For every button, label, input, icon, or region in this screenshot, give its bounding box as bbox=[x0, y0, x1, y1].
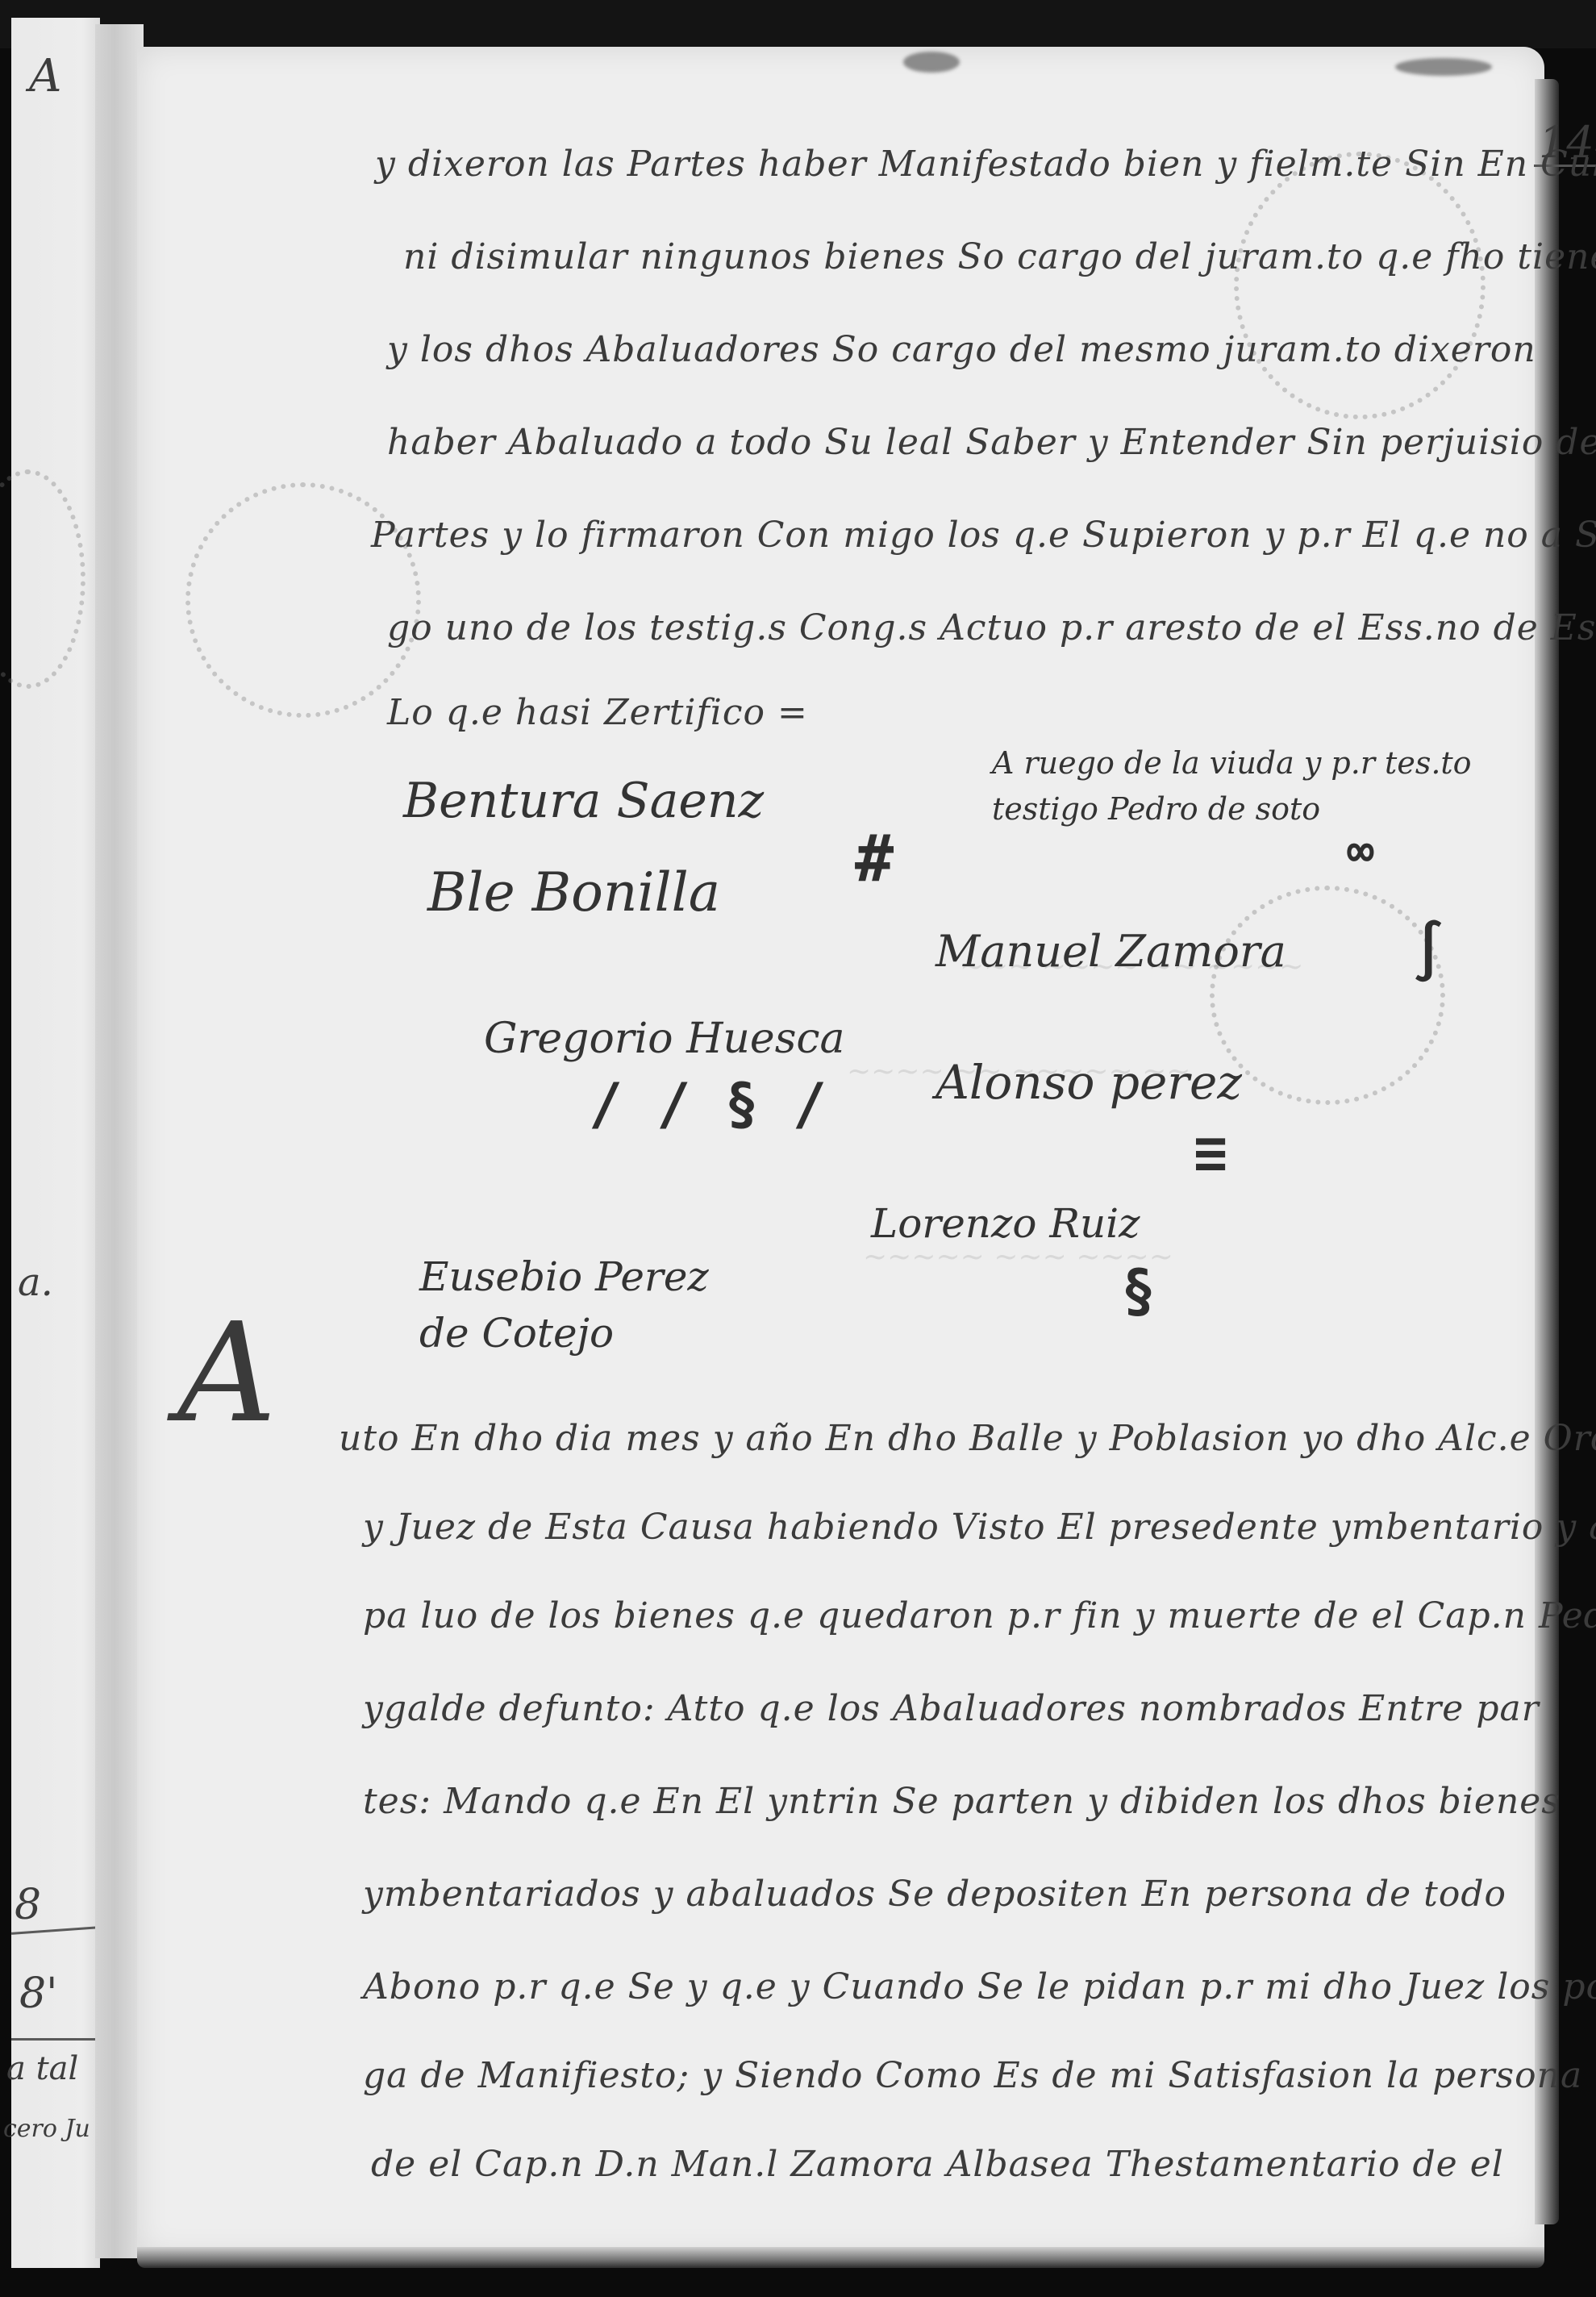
margin-mark: A bbox=[29, 50, 61, 102]
seal-bleed-icon bbox=[1210, 886, 1445, 1105]
margin-mark: 8 bbox=[15, 1881, 41, 1929]
signature: Lorenzo Ruiz bbox=[871, 1200, 1140, 1247]
margin-mark: a. bbox=[18, 1260, 53, 1305]
margin-fragment-text: a tal bbox=[6, 2050, 78, 2087]
text-line: ymbentariados y abaluados Se depositen E… bbox=[363, 1874, 1506, 1915]
rubric-flourish-icon: ∞ bbox=[1347, 825, 1374, 878]
page-edge-right bbox=[1535, 79, 1559, 2224]
signature: Bentura Saenz bbox=[403, 773, 764, 829]
text-line: ga de Manifiesto; y Siendo Como Es de mi… bbox=[363, 2055, 1582, 2096]
margin-fragment-text: cero Ju bbox=[3, 2115, 90, 2143]
text-line: de el Cap.n D.n Man.l Zamora Albasea The… bbox=[371, 2144, 1504, 2185]
text-line: y los dhos Abaluadores So cargo del mesm… bbox=[387, 329, 1536, 370]
text-line: ygalde defunto: Atto q.e los Abaluadores… bbox=[363, 1688, 1540, 1729]
margin-mark: 8' bbox=[19, 1970, 57, 2018]
rubric-flourish-icon: ≡ bbox=[1194, 1119, 1227, 1186]
rubric-flourish-icon: § bbox=[1121, 1257, 1156, 1324]
text-line: Lo q.e hasi Zertifico = bbox=[387, 692, 808, 733]
rubric-flourish-icon: # bbox=[855, 821, 894, 896]
left-leaf-fragment: A a. 8 8' a tal cero Ju bbox=[11, 18, 100, 2268]
text-line: tes: Mando q.e En El yntrin Se parten y … bbox=[363, 1781, 1561, 1822]
seal-bleed-icon bbox=[1234, 152, 1486, 419]
text-line: Abono p.r q.e Se y q.e y Cuando Se le pi… bbox=[363, 1966, 1596, 2007]
ink-stain bbox=[903, 52, 960, 73]
text-line: y dixeron las Partes haber Manifestado b… bbox=[375, 144, 1596, 185]
rubric-flourish-icon: ∫ bbox=[1411, 918, 1445, 984]
text-line: haber Abaluado a todo Su leal Saber y En… bbox=[387, 422, 1596, 463]
ink-stain bbox=[1395, 58, 1492, 76]
text-line: ni disimular ningunos bienes So cargo de… bbox=[403, 236, 1596, 277]
text-line: uto En dho dia mes y año En dho Balle y … bbox=[339, 1418, 1596, 1459]
decorated-initial: A bbox=[177, 1305, 277, 1442]
manuscript-page: ~~~ ~~~~ ~~ ~~~~ ~~~~ ~~ ~~~~~ ~~ ~~~~~ … bbox=[137, 47, 1544, 2257]
signature: Manuel Zamora bbox=[936, 926, 1286, 977]
signature: Gregorio Huesca bbox=[484, 1015, 845, 1063]
signature-witness: A ruego de la viuda y p.r tes.to testigo… bbox=[992, 740, 1492, 832]
binding-gutter bbox=[95, 24, 144, 2258]
rubric-flourish-icon: / / § / bbox=[589, 1071, 827, 1137]
seal-stamp-icon bbox=[0, 469, 85, 689]
signature-notary: Eusebio Perez de Cotejo bbox=[419, 1249, 758, 1361]
text-line: Partes y lo firmaron Con migo los q.e Su… bbox=[371, 515, 1596, 556]
text-line: go uno de los testig.s Cong.s Actuo p.r … bbox=[387, 607, 1596, 648]
signature: Alonso perez bbox=[936, 1055, 1242, 1110]
text-line: y Juez de Esta Causa habiendo Visto El p… bbox=[363, 1507, 1596, 1548]
margin-rule bbox=[11, 2038, 100, 2041]
signature: Ble Bonilla bbox=[427, 861, 720, 923]
scanner-top-border bbox=[0, 0, 1596, 48]
page-edge-bottom bbox=[137, 2247, 1544, 2268]
text-line: pa luo de los bienes q.e quedaron p.r fi… bbox=[363, 1595, 1596, 1636]
